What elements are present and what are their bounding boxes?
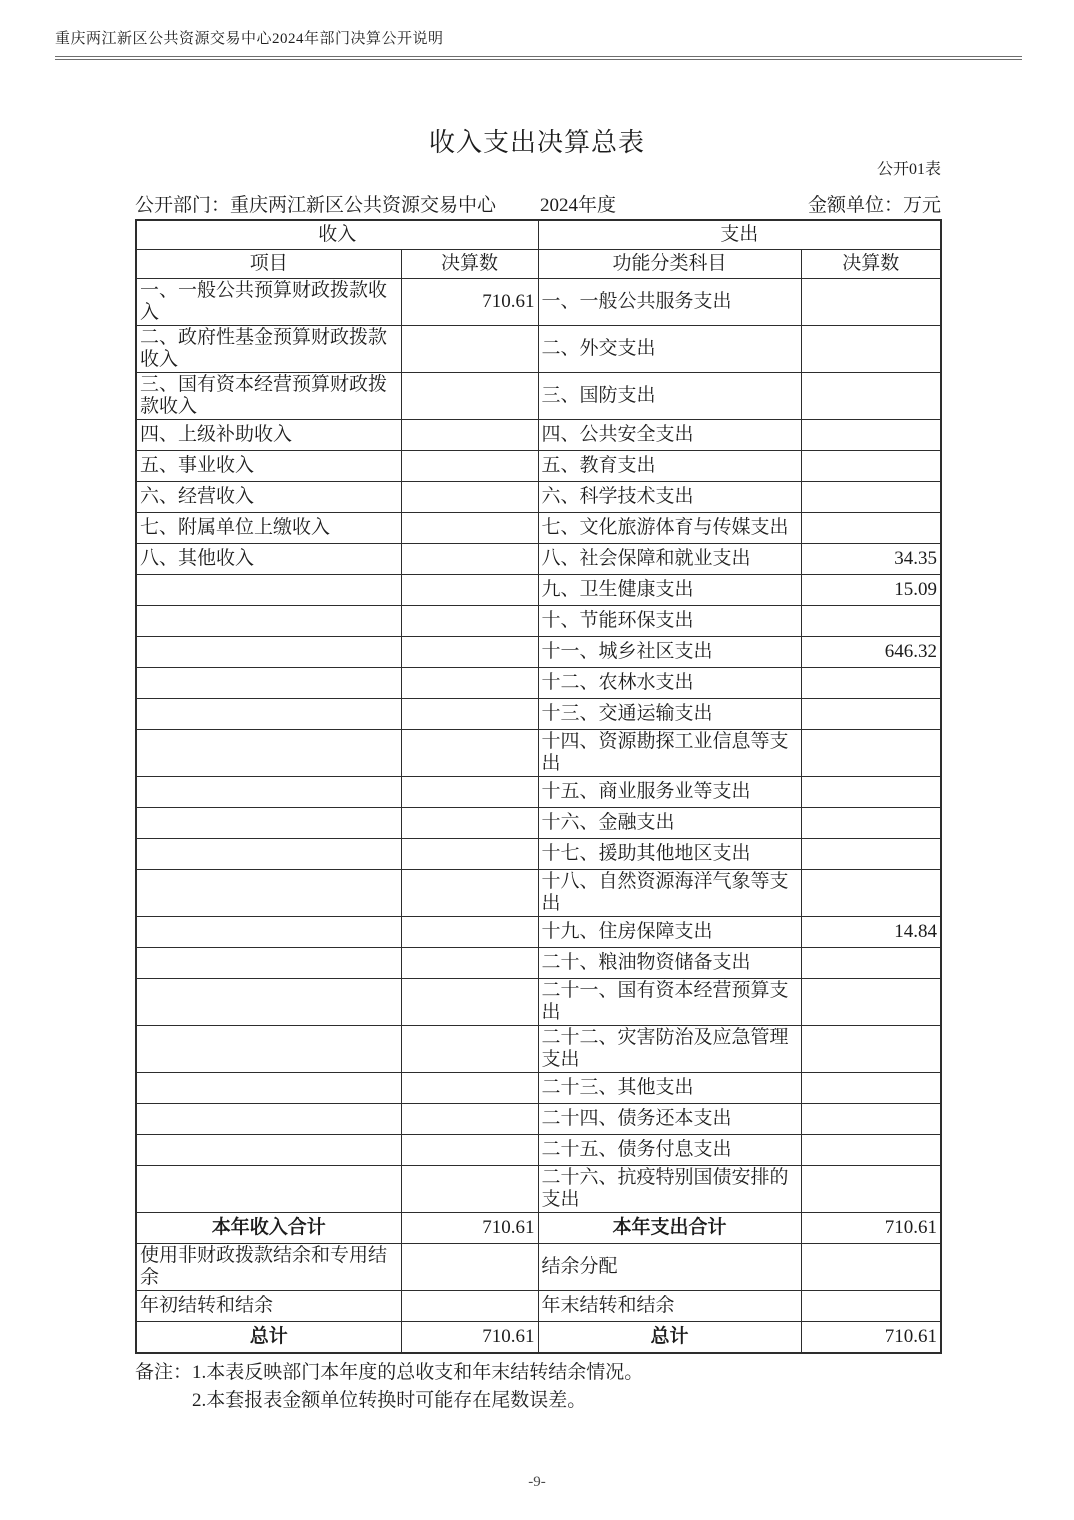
table-row: 十三、交通运输支出	[136, 699, 941, 730]
table-row: 九、卫生健康支出 15.09	[136, 575, 941, 606]
expense-group-header: 支出	[538, 220, 941, 250]
expense-item-cell: 本年支出合计	[538, 1213, 801, 1244]
expense-value-cell	[801, 1073, 941, 1104]
table-row: 十一、城乡社区支出 646.32	[136, 637, 941, 668]
income-item-cell	[136, 668, 401, 699]
table-row: 一、一般公共预算财政拨款收入 710.61 一、一般公共服务支出	[136, 279, 941, 326]
col-header-expense-item: 功能分类科目	[538, 250, 801, 279]
expense-value-cell	[801, 1135, 941, 1166]
expense-item-cell: 二十一、国有资本经营预算支出	[538, 979, 801, 1026]
expense-value-cell: 710.61	[801, 1322, 941, 1354]
expense-item-cell: 二十四、债务还本支出	[538, 1104, 801, 1135]
expense-value-cell	[801, 279, 941, 326]
expense-item-cell: 二、外交支出	[538, 326, 801, 373]
expense-item-cell: 十四、资源勘探工业信息等支出	[538, 730, 801, 777]
table-body: 一、一般公共预算财政拨款收入 710.61 一、一般公共服务支出 二、政府性基金…	[136, 279, 941, 1354]
table-row: 二十五、债务付息支出	[136, 1135, 941, 1166]
meta-unit: 金额单位：万元	[808, 190, 941, 217]
expense-value-cell	[801, 451, 941, 482]
table-row: 十九、住房保障支出 14.84	[136, 917, 941, 948]
expense-value-cell	[801, 1244, 941, 1291]
expense-value-cell: 15.09	[801, 575, 941, 606]
expense-item-cell: 七、文化旅游体育与传媒支出	[538, 513, 801, 544]
table-row: 年初结转和结余 年末结转和结余	[136, 1291, 941, 1322]
income-item-cell	[136, 1166, 401, 1213]
expense-item-cell: 一、一般公共服务支出	[538, 279, 801, 326]
expense-item-cell: 五、教育支出	[538, 451, 801, 482]
income-item-cell: 年初结转和结余	[136, 1291, 401, 1322]
income-item-cell	[136, 839, 401, 870]
table-row: 二十、粮油物资储备支出	[136, 948, 941, 979]
note-item-2: 2.本套报表金额单位转换时可能存在尾数误差。	[192, 1387, 643, 1415]
expense-value-cell	[801, 699, 941, 730]
income-value-cell	[401, 606, 538, 637]
expense-item-cell: 四、公共安全支出	[538, 420, 801, 451]
income-value-cell	[401, 668, 538, 699]
expense-item-cell: 二十三、其他支出	[538, 1073, 801, 1104]
income-value-cell	[401, 948, 538, 979]
income-item-cell	[136, 637, 401, 668]
expense-item-cell: 十六、金融支出	[538, 808, 801, 839]
column-header-row: 项目 决算数 功能分类科目 决算数	[136, 250, 941, 279]
income-item-cell	[136, 1104, 401, 1135]
expense-value-cell	[801, 979, 941, 1026]
table-row: 三、国有资本经营预算财政拨款收入 三、国防支出	[136, 373, 941, 420]
table-row: 二十一、国有资本经营预算支出	[136, 979, 941, 1026]
expense-value-cell: 34.35	[801, 544, 941, 575]
table-row: 五、事业收入 五、教育支出	[136, 451, 941, 482]
income-value-cell	[401, 979, 538, 1026]
group-header-row: 收入 支出	[136, 220, 941, 250]
income-item-cell	[136, 1135, 401, 1166]
income-item-cell	[136, 1073, 401, 1104]
expense-value-cell: 710.61	[801, 1213, 941, 1244]
income-item-cell: 使用非财政拨款结余和专用结余	[136, 1244, 401, 1291]
expense-item-cell: 三、国防支出	[538, 373, 801, 420]
table-row: 二十四、债务还本支出	[136, 1104, 941, 1135]
expense-item-cell: 二十二、灾害防治及应急管理支出	[538, 1026, 801, 1073]
table-area: 收入 支出 项目 决算数 功能分类科目 决算数 一、一般公共预算财政拨款收入 7…	[135, 219, 941, 1415]
expense-item-cell: 九、卫生健康支出	[538, 575, 801, 606]
income-item-cell	[136, 870, 401, 917]
expense-item-cell: 八、社会保障和就业支出	[538, 544, 801, 575]
expense-item-cell: 六、科学技术支出	[538, 482, 801, 513]
income-item-cell	[136, 1026, 401, 1073]
table-row: 二、政府性基金预算财政拨款收入 二、外交支出	[136, 326, 941, 373]
income-value-cell	[401, 699, 538, 730]
income-value-cell	[401, 513, 538, 544]
page-title: 收入支出决算总表	[0, 122, 1074, 159]
income-value-cell	[401, 420, 538, 451]
expense-value-cell	[801, 606, 941, 637]
table-row: 六、经营收入 六、科学技术支出	[136, 482, 941, 513]
expense-value-cell	[801, 948, 941, 979]
col-header-income-value: 决算数	[401, 250, 538, 279]
income-value-cell	[401, 1244, 538, 1291]
income-value-cell: 710.61	[401, 1213, 538, 1244]
table-row: 二十三、其他支出	[136, 1073, 941, 1104]
income-item-cell: 八、其他收入	[136, 544, 401, 575]
income-value-cell	[401, 1026, 538, 1073]
doc-header: 重庆两江新区公共资源交易中心2024年部门决算公开说明	[55, 27, 1022, 60]
meta-department: 公开部门：重庆两江新区公共资源交易中心	[135, 190, 496, 217]
income-value-cell	[401, 777, 538, 808]
document-page: 重庆两江新区公共资源交易中心2024年部门决算公开说明 收入支出决算总表 公开0…	[0, 0, 1074, 1520]
expense-value-cell	[801, 326, 941, 373]
expense-value-cell	[801, 1026, 941, 1073]
income-item-cell: 六、经营收入	[136, 482, 401, 513]
expense-item-cell: 十九、住房保障支出	[538, 917, 801, 948]
table-row: 总计 710.61 总计 710.61	[136, 1322, 941, 1354]
income-value-cell	[401, 575, 538, 606]
table-row: 四、上级补助收入 四、公共安全支出	[136, 420, 941, 451]
expense-value-cell	[801, 668, 941, 699]
income-item-cell	[136, 948, 401, 979]
expense-item-cell: 年末结转和结余	[538, 1291, 801, 1322]
income-value-cell	[401, 1291, 538, 1322]
table-number: 公开01表	[135, 156, 941, 179]
table-row: 八、其他收入 八、社会保障和就业支出 34.35	[136, 544, 941, 575]
note-item-1: 1.本表反映部门本年度的总收支和年末结转结余情况。	[192, 1359, 643, 1387]
expense-value-cell	[801, 482, 941, 513]
income-value-cell	[401, 730, 538, 777]
income-value-cell	[401, 451, 538, 482]
expense-item-cell: 十七、援助其他地区支出	[538, 839, 801, 870]
income-value-cell	[401, 917, 538, 948]
expense-value-cell	[801, 1166, 941, 1213]
income-value-cell	[401, 482, 538, 513]
expense-item-cell: 结余分配	[538, 1244, 801, 1291]
expense-value-cell	[801, 513, 941, 544]
expense-value-cell	[801, 777, 941, 808]
income-value-cell	[401, 1073, 538, 1104]
income-item-cell: 一、一般公共预算财政拨款收入	[136, 279, 401, 326]
income-value-cell	[401, 870, 538, 917]
expense-value-cell	[801, 870, 941, 917]
income-value-cell	[401, 808, 538, 839]
table-row: 十八、自然资源海洋气象等支出	[136, 870, 941, 917]
table-row: 十五、商业服务业等支出	[136, 777, 941, 808]
income-item-cell: 四、上级补助收入	[136, 420, 401, 451]
income-item-cell: 总计	[136, 1322, 401, 1354]
table-row: 七、附属单位上缴收入 七、文化旅游体育与传媒支出	[136, 513, 941, 544]
expense-item-cell: 二十、粮油物资储备支出	[538, 948, 801, 979]
budget-summary-table: 收入 支出 项目 决算数 功能分类科目 决算数 一、一般公共预算财政拨款收入 7…	[135, 219, 942, 1354]
col-header-expense-value: 决算数	[801, 250, 941, 279]
expense-item-cell: 十八、自然资源海洋气象等支出	[538, 870, 801, 917]
income-item-cell	[136, 808, 401, 839]
notes-label: 备注：	[135, 1359, 192, 1415]
income-item-cell	[136, 917, 401, 948]
table-row: 使用非财政拨款结余和专用结余 结余分配	[136, 1244, 941, 1291]
expense-value-cell	[801, 839, 941, 870]
doc-header-text: 重庆两江新区公共资源交易中心2024年部门决算公开说明	[55, 31, 444, 47]
income-value-cell	[401, 544, 538, 575]
income-item-cell	[136, 777, 401, 808]
page-number: -9-	[0, 1474, 1074, 1491]
table-row: 十二、农林水支出	[136, 668, 941, 699]
income-item-cell: 本年收入合计	[136, 1213, 401, 1244]
expense-item-cell: 十五、商业服务业等支出	[538, 777, 801, 808]
expense-value-cell: 14.84	[801, 917, 941, 948]
income-item-cell: 三、国有资本经营预算财政拨款收入	[136, 373, 401, 420]
meta-row: 公开部门：重庆两江新区公共资源交易中心 2024年度 金额单位：万元	[135, 190, 941, 216]
expense-item-cell: 二十五、债务付息支出	[538, 1135, 801, 1166]
income-item-cell: 五、事业收入	[136, 451, 401, 482]
expense-item-cell: 二十六、抗疫特别国债安排的支出	[538, 1166, 801, 1213]
meta-year: 2024年度	[540, 190, 616, 217]
expense-value-cell	[801, 1104, 941, 1135]
expense-value-cell	[801, 1291, 941, 1322]
income-item-cell: 七、附属单位上缴收入	[136, 513, 401, 544]
col-header-income-item: 项目	[136, 250, 401, 279]
income-value-cell	[401, 1135, 538, 1166]
expense-item-cell: 十一、城乡社区支出	[538, 637, 801, 668]
expense-value-cell	[801, 373, 941, 420]
income-item-cell	[136, 730, 401, 777]
expense-value-cell	[801, 808, 941, 839]
expense-item-cell: 总计	[538, 1322, 801, 1354]
notes: 备注： 1.本表反映部门本年度的总收支和年末结转结余情况。 2.本套报表金额单位…	[135, 1359, 941, 1415]
expense-value-cell: 646.32	[801, 637, 941, 668]
income-item-cell	[136, 699, 401, 730]
income-item-cell	[136, 979, 401, 1026]
expense-value-cell	[801, 420, 941, 451]
income-item-cell: 二、政府性基金预算财政拨款收入	[136, 326, 401, 373]
expense-item-cell: 十三、交通运输支出	[538, 699, 801, 730]
income-value-cell	[401, 637, 538, 668]
expense-value-cell	[801, 730, 941, 777]
income-value-cell	[401, 1104, 538, 1135]
table-row: 二十二、灾害防治及应急管理支出	[136, 1026, 941, 1073]
expense-item-cell: 十、节能环保支出	[538, 606, 801, 637]
table-row: 十六、金融支出	[136, 808, 941, 839]
table-row: 十四、资源勘探工业信息等支出	[136, 730, 941, 777]
table-row: 十七、援助其他地区支出	[136, 839, 941, 870]
table-row: 二十六、抗疫特别国债安排的支出	[136, 1166, 941, 1213]
income-value-cell: 710.61	[401, 279, 538, 326]
income-value-cell	[401, 1166, 538, 1213]
income-value-cell	[401, 373, 538, 420]
income-item-cell	[136, 606, 401, 637]
income-value-cell	[401, 839, 538, 870]
table-row: 本年收入合计 710.61 本年支出合计 710.61	[136, 1213, 941, 1244]
income-group-header: 收入	[136, 220, 538, 250]
income-value-cell	[401, 326, 538, 373]
income-item-cell	[136, 575, 401, 606]
notes-items: 1.本表反映部门本年度的总收支和年末结转结余情况。 2.本套报表金额单位转换时可…	[192, 1359, 643, 1415]
table-row: 十、节能环保支出	[136, 606, 941, 637]
income-value-cell: 710.61	[401, 1322, 538, 1354]
expense-item-cell: 十二、农林水支出	[538, 668, 801, 699]
